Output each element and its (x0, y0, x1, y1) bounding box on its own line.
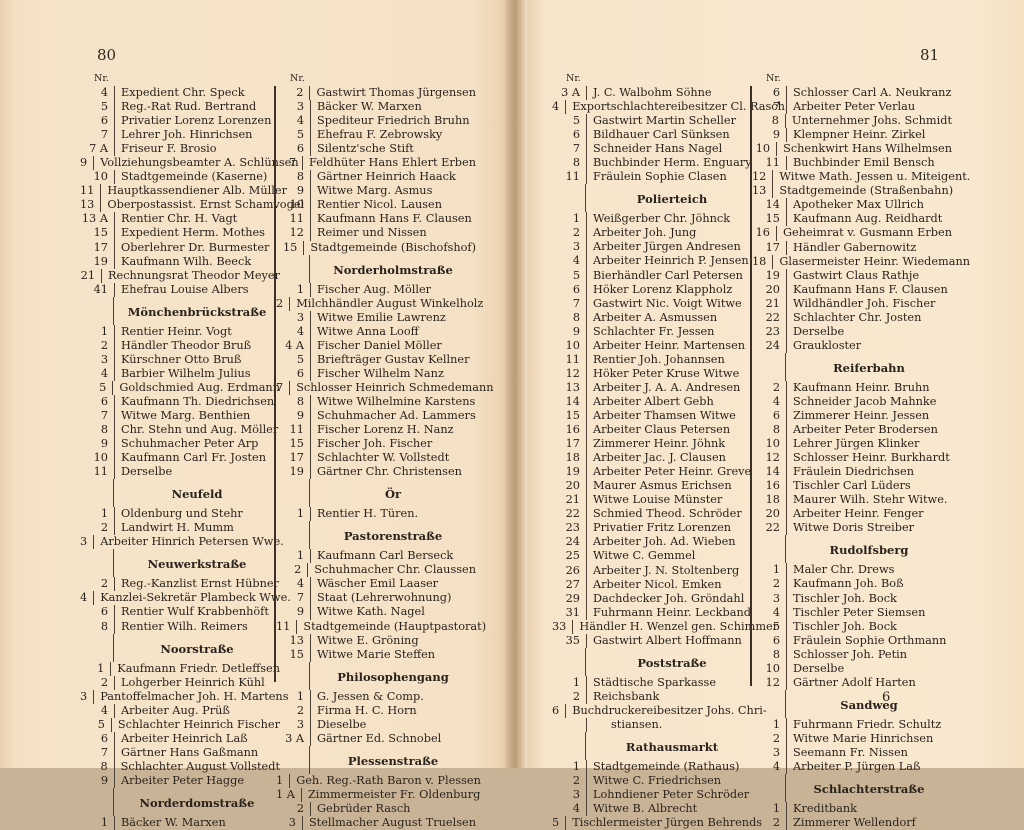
directory-entry: 10Kaufmann Carl Fr. Josten (80, 451, 280, 465)
house-number: 23 (752, 325, 786, 339)
resident-name: Arbeiter Heinr. Fenger (786, 507, 952, 521)
house-number: 41 (80, 283, 114, 297)
resident-name: Oldenburg und Stehr (114, 507, 280, 521)
directory-entry: 4Schneider Jacob Mahnke (752, 395, 952, 409)
house-number: 6 (276, 142, 310, 156)
resident-name: Städtische Sparkasse (586, 676, 758, 690)
directory-entry: 9Vollziehungsbeamter A. Schlünsen (80, 156, 280, 170)
directory-entry: 1Rentier Heinr. Vogt (80, 325, 280, 339)
resident-name: Schlosser Heinr. Burkhardt (786, 451, 952, 465)
house-number: 3 A (552, 86, 586, 100)
house-number: 31 (552, 606, 586, 620)
house-number: 21 (752, 297, 786, 311)
resident-name: Arbeiter Peter Verlau (786, 100, 952, 114)
directory-entry: 17Zimmerer Heinr. Jöhnk (552, 437, 758, 451)
resident-name: Schuhmacher Ad. Lammers (310, 409, 476, 423)
directory-entry: 20Maurer Asmus Erichsen (552, 479, 758, 493)
resident-name: Bildhauer Carl Sünksen (586, 128, 758, 142)
resident-name: Witwe Marie Steffen (310, 648, 476, 662)
resident-name: Witwe Emilie Lawrenz (310, 311, 476, 325)
resident-name: Händler Gabernowitz (786, 241, 952, 255)
resident-name: Händler H. Wenzel gen. Schimmer (572, 620, 778, 634)
resident-name: Arbeiter J. A. A. Andresen (586, 381, 758, 395)
house-number: 2 (752, 381, 786, 395)
resident-name: Hauptkassendiener Alb. Müller (100, 184, 287, 198)
house-number: 27 (552, 578, 586, 592)
directory-entry: 3Dieselbe (276, 718, 476, 732)
directory-entry: 2Milchhändler August Winkelholz (276, 297, 476, 311)
directory-entry: 6Schlosser Carl A. Neukranz (752, 86, 952, 100)
directory-entry: 9Klempner Heinr. Zirkel (752, 128, 952, 142)
resident-name: Arbeiter J. N. Stoltenberg (586, 564, 758, 578)
directory-entry: 6Kaufmann Th. Diedrichsen (80, 395, 280, 409)
house-number: 8 (80, 620, 114, 634)
directory-entry: 9Schuhmacher Ad. Lammers (276, 409, 476, 423)
directory-entry: 10Schenkwirt Hans Wilhelmsen (752, 142, 952, 156)
resident-name: Gärtner Ed. Schnobel (310, 732, 476, 746)
resident-name: Kaufmann Carl Fr. Josten (114, 451, 280, 465)
house-number: 1 (276, 690, 310, 704)
house-number: 9 (80, 156, 93, 170)
directory-entry: 18Arbeiter Jac. J. Clausen (552, 451, 758, 465)
directory-entry: 8Schlosser Joh. Petin (752, 648, 952, 662)
resident-name: Briefträger Gustav Kellner (310, 353, 476, 367)
house-number: 6 (276, 367, 310, 381)
house-number: 2 (276, 297, 289, 311)
resident-name: Kaufmann Carl Berseck (310, 549, 476, 563)
house-number: 19 (752, 269, 786, 283)
resident-name: Maler Chr. Drews (786, 563, 952, 577)
directory-entry: 11Fischer Lorenz H. Nanz (276, 423, 476, 437)
directory-entry: 7Witwe Marg. Benthien (80, 409, 280, 423)
house-number: 1 (80, 662, 110, 676)
house-number: 12 (552, 367, 586, 381)
house-number: 3 (552, 240, 586, 254)
directory-entry: 13Stadtgemeinde (Straßenbahn) (752, 184, 952, 198)
house-number: 8 (80, 423, 114, 437)
resident-name: Maurer Wilh. Stehr Witwe. (786, 493, 952, 507)
house-number: 11 (276, 212, 310, 226)
house-number: 4 (552, 254, 586, 268)
directory-entry: 3 AGärtner Ed. Schnobel (276, 732, 476, 746)
resident-name: Fischer Joh. Fischer (310, 437, 476, 451)
house-number: 33 (552, 620, 572, 634)
resident-name: Arbeiter Aug. Prüß (114, 704, 280, 718)
directory-entry: 3Kürschner Otto Bruß (80, 353, 280, 367)
resident-name: Gärtner Adolf Harten (786, 676, 952, 690)
resident-name: Stadtgemeinde (Bischofshof) (303, 241, 476, 255)
street-heading: Neuwerkstraße (113, 549, 280, 577)
resident-name: Kaufmann Aug. Reidhardt (786, 212, 952, 226)
house-number: 11 (552, 170, 586, 184)
resident-name: Pantoffelmacher Joh. H. Martens (93, 690, 288, 704)
street-heading: Rudolfsberg (785, 535, 952, 563)
resident-name: Derselbe (114, 465, 280, 479)
resident-name: Schlachter Heinrich Fischer (111, 718, 280, 732)
directory-entry: 19Arbeiter Peter Heinr. Greve (552, 465, 758, 479)
house-number: 12 (276, 226, 310, 240)
directory-entry: 7Schneider Hans Nagel (552, 142, 758, 156)
directory-entry: 2Kaufmann Joh. Boß (752, 577, 952, 591)
resident-name: Chr. Stehn und Aug. Möller (114, 423, 280, 437)
directory-entry: 1G. Jessen & Comp. (276, 690, 476, 704)
house-number: 3 (80, 690, 93, 704)
resident-name: Unternehmer Johs. Schmidt (785, 114, 952, 128)
directory-entry: 15Fischer Joh. Fischer (276, 437, 476, 451)
resident-name: Firma H. C. Horn (310, 704, 476, 718)
directory-entry: 7Arbeiter Peter Verlau (752, 100, 952, 114)
directory-entry: 7Feldhüter Hans Ehlert Erben (276, 156, 476, 170)
house-number: 8 (80, 760, 114, 768)
house-number: 3 (752, 746, 786, 760)
directory-entry: 1Oldenburg und Stehr (80, 507, 280, 521)
directory-entry: 2Gastwirt Thomas Jürgensen (276, 86, 476, 100)
house-number: 3 A (276, 732, 310, 746)
nr-column-label: Nr. (552, 72, 758, 86)
directory-entry: 4Arbeiter P. Jürgen Laß (752, 760, 952, 768)
street-heading: Polierteich (585, 184, 758, 212)
house-number: 19 (276, 465, 310, 479)
house-number: 4 (276, 325, 310, 339)
directory-entry: 21Wildhändler Joh. Fischer (752, 297, 952, 311)
house-number: 9 (80, 437, 114, 451)
resident-name: Gastwirt Claus Rathje (786, 269, 952, 283)
directory-entry: stiansen. (552, 718, 758, 732)
directory-entry: 7Gastwirt Nic. Voigt Witwe (552, 297, 758, 311)
resident-name: Buchbinder Emil Bensch (786, 156, 952, 170)
directory-entry: 4Kanzlei-Sekretär Plambeck Wwe. (80, 591, 280, 605)
house-number: 18 (752, 255, 772, 269)
house-number: 25 (552, 549, 586, 563)
resident-name: Rentier Joh. Johannsen (586, 353, 758, 367)
house-number: 6 (752, 409, 786, 423)
directory-entry: 27Arbeiter Nicol. Emken (552, 578, 758, 592)
directory-entry: 21Witwe Louise Münster (552, 493, 758, 507)
resident-name: Kaufmann Hans F. Clausen (786, 283, 952, 297)
directory-entry: 4Tischler Peter Siemsen (752, 606, 952, 620)
resident-name: Fischer Lorenz H. Nanz (310, 423, 476, 437)
house-number: 14 (752, 198, 786, 212)
resident-name: Witwe Marg. Benthien (114, 409, 280, 423)
resident-name: Tischler Carl Lüders (786, 479, 952, 493)
directory-entry: 15Expedient Herm. Mothes (80, 226, 280, 240)
house-number: 6 (552, 283, 586, 297)
house-number: 2 (80, 521, 114, 535)
resident-name: Kanzlei-Sekretär Plambeck Wwe. (93, 591, 291, 605)
directory-entry: 14Apotheker Max Ullrich (752, 198, 952, 212)
resident-name: Ehefrau Louise Albers (114, 283, 280, 297)
house-number: 21 (80, 269, 101, 283)
resident-name: Gastwirt Nic. Voigt Witwe (586, 297, 758, 311)
directory-entry: 8Witwe Wilhelmine Karstens (276, 395, 476, 409)
resident-name: Schlosser Heinrich Schmedemann (289, 381, 493, 395)
house-number: 6 (80, 732, 114, 746)
house-number: 12 (752, 170, 772, 184)
directory-entry: 5Tischler Joh. Bock (752, 620, 952, 634)
house-number: 9 (276, 605, 310, 619)
house-number: 6 (80, 395, 114, 409)
street-heading: Noorstraße (113, 634, 280, 662)
resident-name: Landwirt H. Mumm (114, 521, 280, 535)
resident-name: Witwe C. Gemmel (586, 549, 758, 563)
directory-column-1: Nr.4Expedient Chr. Speck5Reg.-Rat Rud. B… (80, 72, 280, 768)
house-number: 7 (552, 297, 586, 311)
directory-entry: 2Landwirt H. Mumm (80, 521, 280, 535)
directory-entry: 18Maurer Wilh. Stehr Witwe. (752, 493, 952, 507)
directory-entry: 6Höker Lorenz Klappholz (552, 283, 758, 297)
house-number: 9 (276, 409, 310, 423)
house-number: 1 (276, 507, 310, 521)
directory-entry: 31Fuhrmann Heinr. Leckband (552, 606, 758, 620)
house-number: 17 (276, 451, 310, 465)
house-number: 7 (276, 591, 310, 605)
resident-name: Zimmerer Heinr. Jöhnk (586, 437, 758, 451)
directory-entry: 16Geheimrat v. Gusmann Erben (752, 226, 952, 240)
column-divider (274, 86, 276, 682)
directory-entry: 4Witwe Anna Looff (276, 325, 476, 339)
house-number: 11 (552, 353, 586, 367)
directory-entry: 7Lehrer Joh. Hinrichsen (80, 128, 280, 142)
house-number: 21 (552, 493, 586, 507)
directory-entry: 6Privatier Lorenz Lorenzen (80, 114, 280, 128)
directory-entry: 1Kaufmann Friedr. Detleffsen (80, 662, 280, 676)
directory-entry: 4 AFischer Daniel Möller (276, 339, 476, 353)
resident-name: Kaufmann Hans F. Clausen (310, 212, 476, 226)
directory-entry: 3Arbeiter Jürgen Andresen (552, 240, 758, 254)
resident-name: Goldschmied Aug. Erdmann (112, 381, 280, 395)
house-number: 10 (752, 437, 786, 451)
house-number: 1 (276, 283, 310, 297)
directory-entry: 12Witwe Math. Jessen u. Miteigent. (752, 170, 952, 184)
resident-name: Reimer und Nissen (310, 226, 476, 240)
house-number: 9 (276, 184, 310, 198)
directory-entry: 6Rentier Wulf Krabbenhöft (80, 605, 280, 619)
resident-name: Arbeiter A. Asmussen (586, 311, 758, 325)
directory-entry: 2Reg.-Kanzlist Ernst Hübner (80, 577, 280, 591)
street-heading: Norderholmstraße (309, 255, 476, 283)
house-number: 4 (276, 577, 310, 591)
house-number: 18 (752, 493, 786, 507)
resident-name: Derselbe (786, 662, 952, 676)
house-number: 5 (276, 353, 310, 367)
directory-entry: 8Gärtner Heinrich Haack (276, 170, 476, 184)
resident-name: Gärtner Hans Gaßmann (114, 746, 280, 760)
resident-name: Schneider Jacob Mahnke (786, 395, 952, 409)
resident-name: Arbeiter Joh. Ad. Wieben (586, 535, 758, 549)
house-number: 14 (752, 465, 786, 479)
resident-name: Witwe Wilhelmine Karstens (310, 395, 476, 409)
resident-name: G. Jessen & Comp. (310, 690, 476, 704)
house-number: 5 (80, 718, 111, 732)
resident-name: Expedient Herm. Mothes (114, 226, 280, 240)
resident-name: Arbeiter Nicol. Emken (586, 578, 758, 592)
resident-name: Fräulein Sophie Clasen (586, 170, 758, 184)
directory-entry: 6Fischer Wilhelm Nanz (276, 367, 476, 381)
resident-name: Höker Peter Kruse Witwe (586, 367, 758, 381)
directory-entry: 2Kaufmann Heinr. Bruhn (752, 381, 952, 395)
directory-entry: 1Städtische Sparkasse (552, 676, 758, 690)
house-number: 4 (752, 760, 786, 768)
directory-entry: 13Witwe E. Gröning (276, 634, 476, 648)
resident-name: Privatier Fritz Lorenzen (586, 521, 758, 535)
directory-entry: 7Staat (Lehrerwohnung) (276, 591, 476, 605)
directory-entry: 10Stadtgemeinde (Kaserne) (80, 170, 280, 184)
house-number: 3 (80, 535, 93, 549)
directory-entry: 11Derselbe (80, 465, 280, 479)
resident-name: Arbeiter Heinrich P. Jensen (586, 254, 758, 268)
house-number: 1 (552, 676, 586, 690)
resident-name: Schlosser Carl A. Neukranz (786, 86, 952, 100)
street-heading: Ör (309, 479, 476, 507)
directory-entry: 10Lehrer Jürgen Klinker (752, 437, 952, 451)
house-number: 14 (552, 395, 586, 409)
directory-column-2: Nr.2Gastwirt Thomas Jürgensen3Bäcker W. … (276, 72, 476, 768)
resident-name: Derselbe (786, 325, 952, 339)
directory-entry: 2Firma H. C. Horn (276, 704, 476, 718)
house-number: 13 (752, 184, 772, 198)
house-number: 4 (276, 114, 310, 128)
resident-name: Witwe Louise Münster (586, 493, 758, 507)
directory-entry: 20Arbeiter Heinr. Fenger (752, 507, 952, 521)
house-number: 16 (752, 479, 786, 493)
directory-entry: 7Schlosser Heinrich Schmedemann (276, 381, 476, 395)
house-number: 20 (752, 283, 786, 297)
house-number: 6 (80, 114, 114, 128)
resident-name: Oberlehrer Dr. Burmester (114, 241, 280, 255)
house-number: 13 (80, 198, 100, 212)
house-number: 5 (752, 620, 786, 634)
directory-entry: 16Arbeiter Claus Petersen (552, 423, 758, 437)
house-number: 10 (276, 198, 310, 212)
street-heading: Philosophengang (309, 662, 476, 690)
directory-entry: 22Schlachter Chr. Josten (752, 311, 952, 325)
house-number: 1 (552, 760, 586, 768)
page-number-left: 80 (97, 46, 116, 64)
house-number: 11 (80, 465, 114, 479)
directory-entry: 5Gastwirt Martin Scheller (552, 114, 758, 128)
directory-entry: 10Arbeiter Heinr. Martensen (552, 339, 758, 353)
resident-name: Graukloster (786, 339, 952, 353)
house-number: 10 (80, 170, 114, 184)
resident-name: Klempner Heinr. Zirkel (786, 128, 952, 142)
directory-entry: 10Rentier Nicol. Lausen (276, 198, 476, 212)
house-number: 6 (552, 128, 586, 142)
resident-name: Stadtgemeinde (Straßenbahn) (772, 184, 953, 198)
resident-name: Fuhrmann Friedr. Schultz (786, 718, 952, 732)
house-number: 15 (752, 212, 786, 226)
resident-name: Vollziehungsbeamter A. Schlünsen (93, 156, 298, 170)
directory-entry: 5Ehefrau F. Zebrowsky (276, 128, 476, 142)
house-number: 1 (752, 718, 786, 732)
house-number: 10 (752, 142, 776, 156)
house-number: 5 (552, 269, 586, 283)
resident-name: Kürschner Otto Bruß (114, 353, 280, 367)
resident-name: Kaufmann Wilh. Beeck (114, 255, 280, 269)
house-number: 10 (552, 339, 586, 353)
directory-entry: 1Weißgerber Chr. Jöhnck (552, 212, 758, 226)
resident-name: Lohgerber Heinrich Kühl (114, 676, 280, 690)
directory-column-4: Nr.6Schlosser Carl A. Neukranz7Arbeiter … (752, 72, 952, 768)
resident-name: Arbeiter Hinrich Petersen Wwe. (93, 535, 284, 549)
house-number: 10 (80, 451, 114, 465)
house-number: 15 (276, 437, 310, 451)
resident-name: Rentier Nicol. Lausen (310, 198, 476, 212)
directory-entry: 8Schlachter August Vollstedt (80, 760, 280, 768)
directory-column-3: Nr.3 AJ. C. Walbohm Söhne4Exportschlacht… (552, 72, 758, 768)
house-number: 7 (80, 409, 114, 423)
resident-name: Fischer Wilhelm Nanz (310, 367, 476, 381)
resident-name: Kaufmann Heinr. Bruhn (786, 381, 952, 395)
street-heading: Pastorenstraße (309, 521, 476, 549)
directory-entry: 3Tischler Joh. Bock (752, 592, 952, 606)
house-number: 26 (552, 564, 586, 578)
resident-name: Schmied Theod. Schröder (586, 507, 758, 521)
resident-name: Fuhrmann Heinr. Leckband (586, 606, 758, 620)
directory-entry: 23Privatier Fritz Lorenzen (552, 521, 758, 535)
house-number: 1 (752, 563, 786, 577)
directory-entry: 22Schmied Theod. Schröder (552, 507, 758, 521)
directory-entry: 12Reimer und Nissen (276, 226, 476, 240)
resident-name: Rentier Heinr. Vogt (114, 325, 280, 339)
resident-name: Feldhüter Hans Ehlert Erben (302, 156, 476, 170)
directory-entry: 9Witwe Marg. Asmus (276, 184, 476, 198)
street-heading: Sandweg (785, 690, 952, 718)
nr-column-label: Nr. (276, 72, 476, 86)
directory-entry: 13Oberpostassist. Ernst Schamvogel (80, 198, 280, 212)
directory-entry: 23Derselbe (752, 325, 952, 339)
house-number: 4 (552, 100, 565, 114)
resident-name: Händler Theodor Bruß (114, 339, 280, 353)
resident-name: Wildhändler Joh. Fischer (786, 297, 952, 311)
resident-name: Kaufmann Th. Diedrichsen (114, 395, 280, 409)
resident-name: Witwe Kath. Nagel (310, 605, 476, 619)
directory-entry: 5Goldschmied Aug. Erdmann (80, 381, 280, 395)
resident-name: Dachdecker Joh. Gröndahl (586, 592, 758, 606)
directory-entry: 8Unternehmer Johs. Schmidt (752, 114, 952, 128)
directory-entry: 6Arbeiter Heinrich Laß (80, 732, 280, 746)
house-number: 2 (552, 226, 586, 240)
resident-name: Kaufmann Friedr. Detleffsen (110, 662, 280, 676)
house-number: 5 (80, 381, 112, 395)
directory-entry: 12Gärtner Adolf Harten (752, 676, 952, 690)
resident-name: Rentier H. Türen. (310, 507, 476, 521)
resident-name: Ehefrau F. Zebrowsky (310, 128, 476, 142)
house-number: 19 (80, 255, 114, 269)
resident-name: Arbeiter Heinrich Laß (114, 732, 280, 746)
resident-name: Kaufmann Joh. Boß (786, 577, 952, 591)
resident-name: Expedient Chr. Speck (114, 86, 280, 100)
resident-name: Rentier Wulf Krabbenhöft (114, 605, 280, 619)
resident-name: Fischer Aug. Möller (310, 283, 476, 297)
resident-name: Fräulein Diedrichsen (786, 465, 952, 479)
directory-entry: 25Witwe C. Gemmel (552, 549, 758, 563)
resident-name: Gastwirt Martin Scheller (586, 114, 758, 128)
nr-column-label: Nr. (80, 72, 280, 86)
directory-entry: 3Seemann Fr. Nissen (752, 746, 952, 760)
street-heading: Reiferbahn (785, 353, 952, 381)
street-heading: Rathausmarkt (585, 732, 758, 760)
directory-entry: 1Stadtgemeinde (Rathaus) (552, 760, 758, 768)
house-number: 17 (80, 241, 114, 255)
house-number: 8 (752, 648, 786, 662)
resident-name: Maurer Asmus Erichsen (586, 479, 758, 493)
house-number: 2 (552, 690, 586, 704)
house-number: 2 (80, 577, 114, 591)
column-divider (750, 86, 752, 686)
house-number: 8 (276, 395, 310, 409)
house-number: 22 (752, 521, 786, 535)
house-number: 3 (276, 311, 310, 325)
